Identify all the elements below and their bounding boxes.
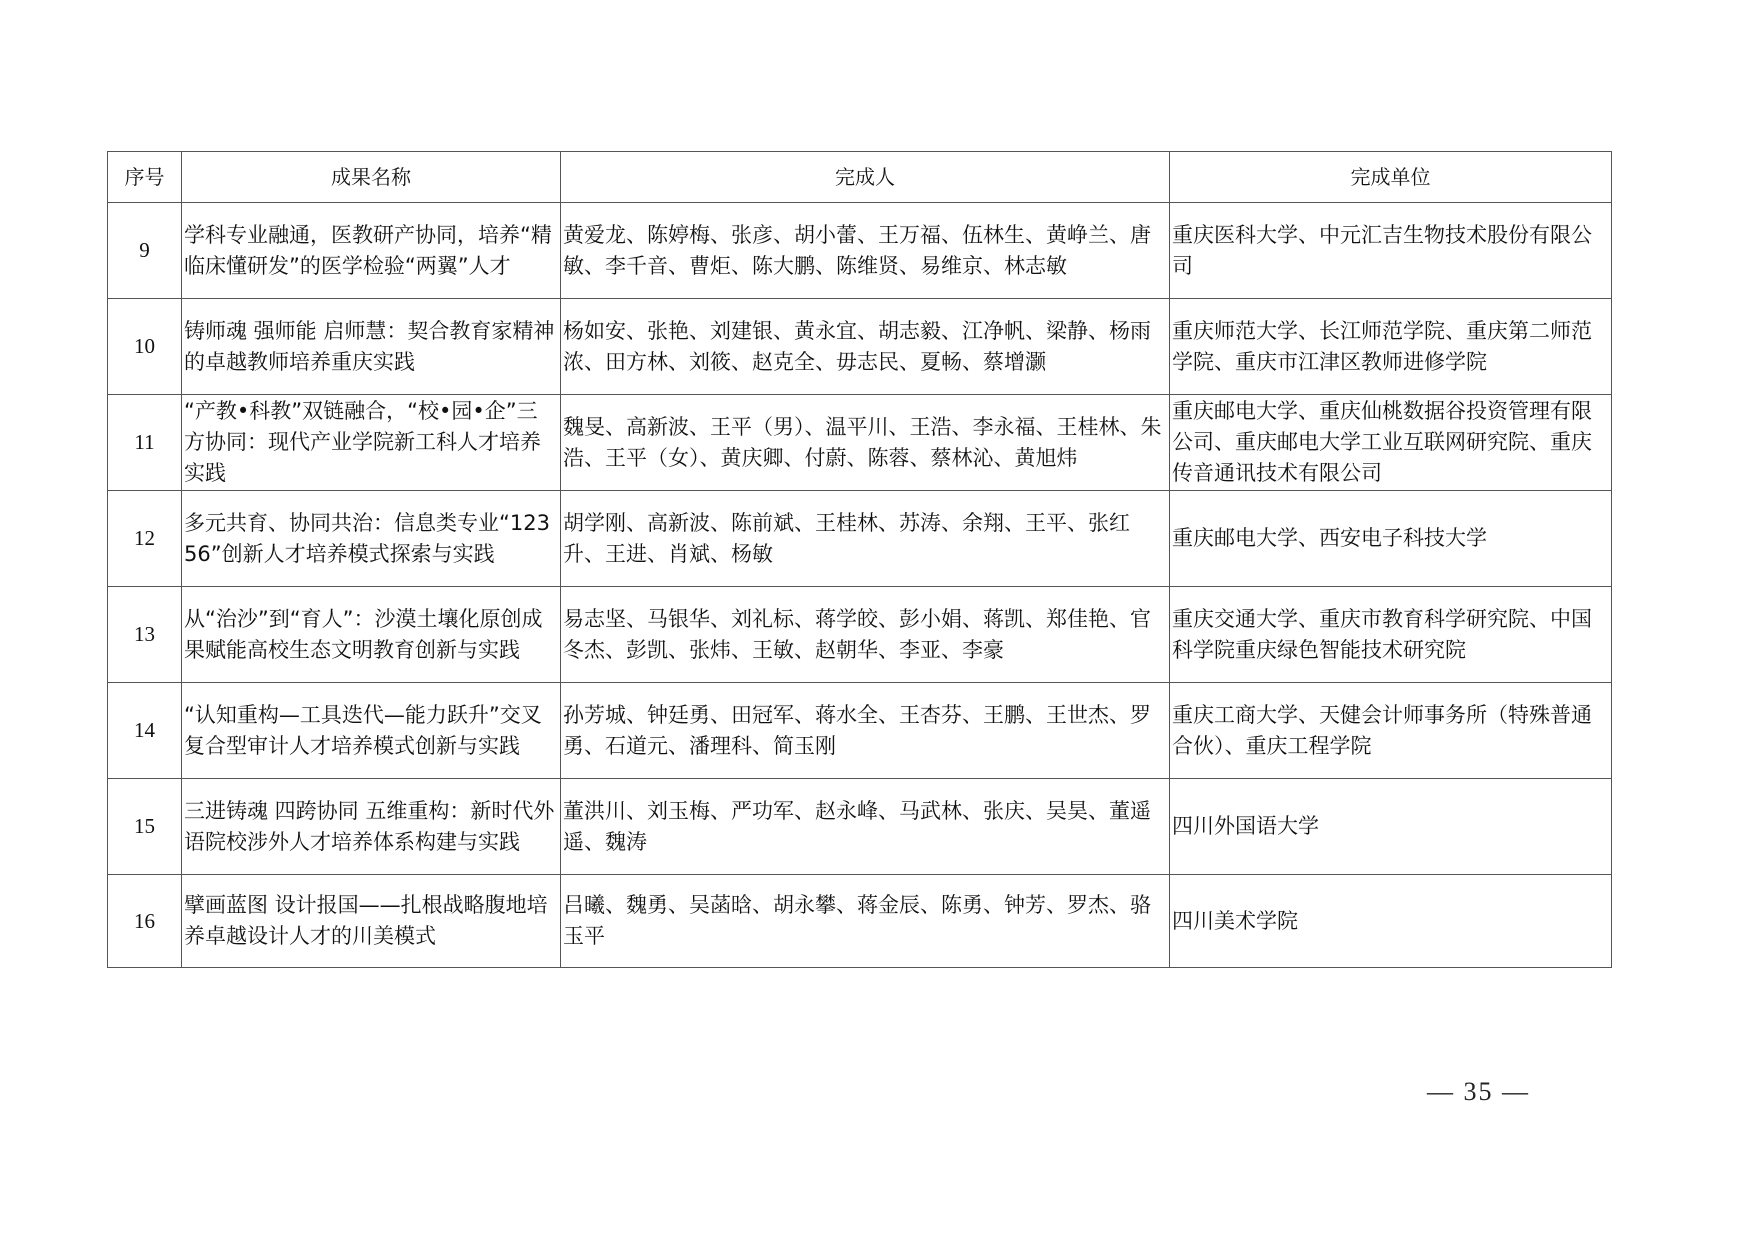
- cell-no: 11: [108, 395, 182, 491]
- cell-no: 13: [108, 587, 182, 683]
- cell-units: 重庆交通大学、重庆市教育科学研究院、中国科学院重庆绿色智能技术研究院: [1170, 587, 1612, 683]
- cell-name: 学科专业融通，医教研产协同，培养“精临床懂研发”的医学检验“两翼”人才: [182, 203, 561, 299]
- awards-table: 序号 成果名称 完成人 完成单位 9 学科专业融通，医教研产协同，培养“精临床懂…: [107, 151, 1612, 968]
- table-row: 16 擘画蓝图 设计报国——扎根战略腹地培养卓越设计人才的川美模式 吕曦、魏勇、…: [108, 875, 1612, 968]
- cell-people: 董洪川、刘玉梅、严功军、赵永峰、马武林、张庆、吴昊、董遥遥、魏涛: [561, 779, 1170, 875]
- table-row: 10 铸师魂 强师能 启师慧：契合教育家精神的卓越教师培养重庆实践 杨如安、张艳…: [108, 299, 1612, 395]
- cell-name: 从“治沙”到“育人”：沙漠土壤化原创成果赋能高校生态文明教育创新与实践: [182, 587, 561, 683]
- cell-name: 擘画蓝图 设计报国——扎根战略腹地培养卓越设计人才的川美模式: [182, 875, 561, 968]
- table-row: 13 从“治沙”到“育人”：沙漠土壤化原创成果赋能高校生态文明教育创新与实践 易…: [108, 587, 1612, 683]
- cell-name: “认知重构—工具迭代—能力跃升”交叉复合型审计人才培养模式创新与实践: [182, 683, 561, 779]
- cell-people: 胡学刚、高新波、陈前斌、王桂林、苏涛、余翔、王平、张红升、王进、肖斌、杨敏: [561, 491, 1170, 587]
- cell-people: 易志坚、马银华、刘礼标、蒋学皎、彭小娟、蒋凯、郑佳艳、官冬杰、彭凯、张炜、王敏、…: [561, 587, 1170, 683]
- cell-units: 四川美术学院: [1170, 875, 1612, 968]
- awards-table-container: 序号 成果名称 完成人 完成单位 9 学科专业融通，医教研产协同，培养“精临床懂…: [107, 151, 1612, 968]
- table-row: 14 “认知重构—工具迭代—能力跃升”交叉复合型审计人才培养模式创新与实践 孙芳…: [108, 683, 1612, 779]
- cell-people: 吕曦、魏勇、吴菡晗、胡永攀、蒋金辰、陈勇、钟芳、罗杰、骆玉平: [561, 875, 1170, 968]
- cell-units: 重庆工商大学、天健会计师事务所（特殊普通合伙）、重庆工程学院: [1170, 683, 1612, 779]
- cell-units: 重庆邮电大学、西安电子科技大学: [1170, 491, 1612, 587]
- cell-people: 魏旻、高新波、王平（男）、温平川、王浩、李永福、王桂林、朱浩、王平（女）、黄庆卿…: [561, 395, 1170, 491]
- cell-no: 10: [108, 299, 182, 395]
- cell-no: 14: [108, 683, 182, 779]
- cell-no: 15: [108, 779, 182, 875]
- header-people: 完成人: [561, 152, 1170, 203]
- table-row: 11 “产教•科教”双链融合，“校•园•企”三方协同：现代产业学院新工科人才培养…: [108, 395, 1612, 491]
- cell-name: 三进铸魂 四跨协同 五维重构：新时代外语院校涉外人才培养体系构建与实践: [182, 779, 561, 875]
- table-row: 15 三进铸魂 四跨协同 五维重构：新时代外语院校涉外人才培养体系构建与实践 董…: [108, 779, 1612, 875]
- cell-no: 9: [108, 203, 182, 299]
- cell-name: “产教•科教”双链融合，“校•园•企”三方协同：现代产业学院新工科人才培养实践: [182, 395, 561, 491]
- cell-units: 重庆师范大学、长江师范学院、重庆第二师范学院、重庆市江津区教师进修学院: [1170, 299, 1612, 395]
- table-row: 9 学科专业融通，医教研产协同，培养“精临床懂研发”的医学检验“两翼”人才 黄爱…: [108, 203, 1612, 299]
- cell-people: 孙芳城、钟廷勇、田冠军、蒋水全、王杏芬、王鹏、王世杰、罗勇、石道元、潘理科、简玉…: [561, 683, 1170, 779]
- cell-no: 16: [108, 875, 182, 968]
- cell-units: 四川外国语大学: [1170, 779, 1612, 875]
- cell-name: 多元共育、协同共治：信息类专业“12356”创新人才培养模式探索与实践: [182, 491, 561, 587]
- table-header-row: 序号 成果名称 完成人 完成单位: [108, 152, 1612, 203]
- cell-units: 重庆邮电大学、重庆仙桃数据谷投资管理有限公司、重庆邮电大学工业互联网研究院、重庆…: [1170, 395, 1612, 491]
- cell-name: 铸师魂 强师能 启师慧：契合教育家精神的卓越教师培养重庆实践: [182, 299, 561, 395]
- cell-units: 重庆医科大学、中元汇吉生物技术股份有限公司: [1170, 203, 1612, 299]
- page-number: — 35 —: [1427, 1077, 1530, 1107]
- cell-no: 12: [108, 491, 182, 587]
- header-units: 完成单位: [1170, 152, 1612, 203]
- table-row: 12 多元共育、协同共治：信息类专业“12356”创新人才培养模式探索与实践 胡…: [108, 491, 1612, 587]
- cell-people: 杨如安、张艳、刘建银、黄永宜、胡志毅、江净帆、梁静、杨雨浓、田方林、刘筱、赵克全…: [561, 299, 1170, 395]
- header-no: 序号: [108, 152, 182, 203]
- cell-people: 黄爱龙、陈婷梅、张彦、胡小蕾、王万福、伍林生、黄峥兰、唐敏、李千音、曹炬、陈大鹏…: [561, 203, 1170, 299]
- header-name: 成果名称: [182, 152, 561, 203]
